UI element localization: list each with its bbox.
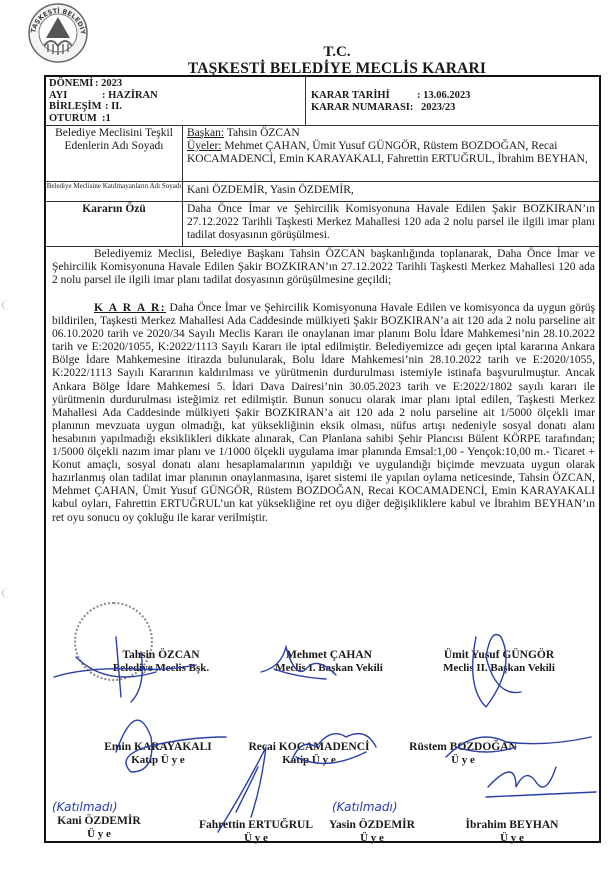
members-label: Belediye Meclisini Teşkil Edenlerin Adı … [46,125,183,181]
absent-value: Kani ÖZDEMİR, Yasin ÖZDEMİR, [187,181,595,197]
signature-block: Kani ÖZDEMİRÜ y e [44,815,154,841]
members-label-text: Üyeler: [187,140,221,152]
members-list: Mehmet ÇAHAN, Ümit Yusuf GÜNGÖR, Rüstem … [187,140,588,165]
meta-ayi: AYI: HAZİRAN [49,90,305,102]
decision-text: Daha Önce İmar ve Şehircilik Komisyonuna… [52,302,595,524]
members-row: Belediye Meclisini Teşkil Edenlerin Adı … [46,125,599,182]
decision-info: KARAR TARİHİ: 13.06.2023 KARAR NUMARASI:… [311,90,470,114]
signature-block: Yasin ÖZDEMİRÜ y e [302,819,442,845]
absence-note: (Katılmadı) [52,800,118,814]
members-value: Başkan: Tahsin ÖZCAN Üyeler: Mehmet ÇAHA… [187,125,595,166]
signature-block: İbrahim BEYHANÜ y e [442,819,582,845]
signature-block: Emin KARAYAKALIKatip Ü y e [83,741,233,767]
decision-paragraph: K A R A R: Daha Önce İmar ve Şehircilik … [52,302,595,525]
header-tc: T.C. [30,44,614,61]
meta-donem: DÖNEMİ: 2023 [49,78,305,90]
margin-hole-mark [2,588,15,598]
summary-row: Kararın Özü Daha Önce İmar ve Şehircilik… [46,201,599,247]
chair-label: Başkan: [187,127,224,139]
decision-document: DÖNEMİ: 2023 AYI: HAZİRAN BİRLEŞİM: II. … [44,75,601,843]
meta-header: DÖNEMİ: 2023 AYI: HAZİRAN BİRLEŞİM: II. … [46,77,599,126]
signature-block: Rüstem BOZDOĞANÜ y e [388,741,538,767]
summary-label: Kararın Özü [46,201,183,246]
signature-block: Recai KOCAMADENCİKatip Ü y e [234,741,384,767]
session-info: DÖNEMİ: 2023 AYI: HAZİRAN BİRLEŞİM: II. … [46,77,306,125]
meta-karar-numarasi: KARAR NUMARASI:2023/23 [311,102,470,114]
meta-karar-tarihi: KARAR TARİHİ: 13.06.2023 [311,90,470,102]
signature-block: Ümit Yusuf GÜNGÖRMeclis II. Başkan Vekil… [424,649,574,675]
absence-note: (Katılmadı) [332,800,398,814]
signature-block: Mehmet ÇAHANMeclis I. Başkan Vekili [254,649,404,675]
margin-hole-mark [2,300,15,310]
meta-oturum: OTURUM:1 [49,113,305,125]
intro-paragraph: Belediyemiz Meclisi, Belediye Başkanı Ta… [52,248,595,287]
meta-birlesim: BİRLEŞİM: II. [49,101,305,113]
decision-label: K A R A R: [94,302,166,314]
absent-label: Belediye Meclisine Katılmayanların Adı S… [46,181,183,201]
chair-name: Tahsin ÖZCAN [224,127,300,139]
absent-row: Belediye Meclisine Katılmayanların Adı S… [46,181,599,202]
signature-block: Tahsin ÖZCANBelediye Meclis Bşk. [86,649,236,675]
summary-value: Daha Önce İmar ve Şehircilik Komisyonuna… [187,201,595,242]
